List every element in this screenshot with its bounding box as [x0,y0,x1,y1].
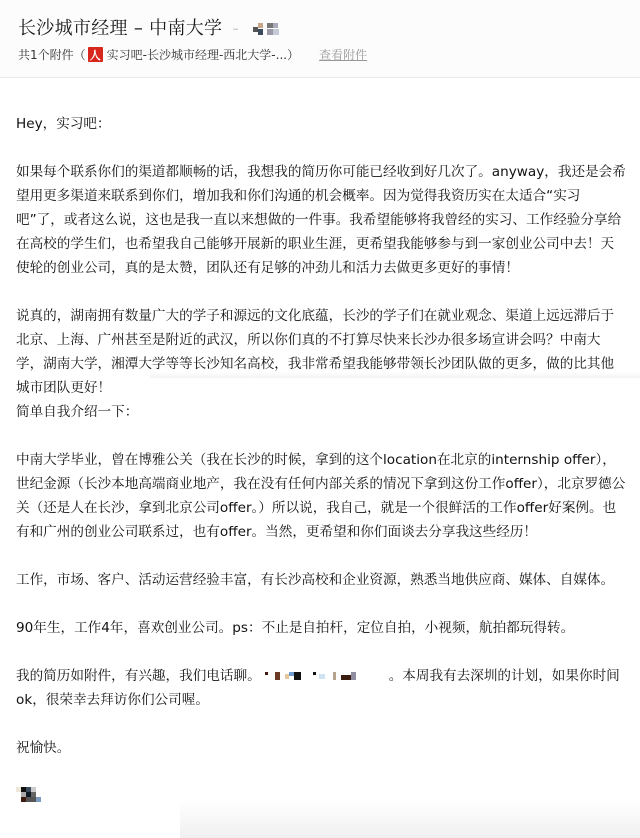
attachment-file-link[interactable]: 实习吧-长沙城市经理-西北大学-...） [107,46,299,63]
closing: 祝愉快。 [16,736,626,760]
email-body: Hey，实习吧： 如果每个联系你们的渠道都顺畅的话，我想我的简历你可能已经收到好… [16,112,626,808]
paragraph-contact: 我的简历如附件，有兴趣，我们电话聊。 。本周我有去深圳的计划，如果你时间ok，很… [16,664,626,712]
attachment-count: 共1个附件（ [18,46,86,63]
greeting: Hey，实习吧： [16,112,626,136]
email-header: 长沙城市经理 – 中南大学 - 共1个附件（ 人 实习吧-长沙城市经理-西北大学… [0,0,640,78]
redacted-phone-number [261,670,389,682]
subject-separator: - [232,18,239,39]
paragraph-self-intro-heading: 简单自我介绍一下： [16,400,626,424]
shadow-bottom [180,800,640,838]
paragraph-personal: 90年生，工作4年，喜欢创业公司。ps：不止是自拍杆，定位自拍，小视频，航拍都玩… [16,616,626,640]
email-subject: 长沙城市经理 – 中南大学 - [18,14,281,40]
view-attachment-link[interactable]: 查看附件 [319,46,367,63]
redacted-sender-image [251,21,281,37]
shadow-divider [150,372,640,378]
paragraph-skills: 工作，市场、客户、活动运营经验丰富，有长沙高校和企业资源，熟悉当地供应商、媒体、… [16,568,626,592]
paragraph-intro: 如果每个联系你们的渠道都顺畅的话，我想我的简历你可能已经收到好几次了。anywa… [16,160,626,280]
redacted-signature [16,787,46,805]
paragraph-experience: 中南大学毕业，曾在博雅公关（我在长沙的时候，拿到的这个location在北京的i… [16,448,626,544]
contact-text: 我的简历如附件，有兴趣，我们电话聊。 [16,668,261,684]
paragraph-changsha: 说真的，湖南拥有数量广大的学子和源远的文化底蕴，长沙的学子们在就业观念、渠道上远… [16,304,626,400]
pdf-icon: 人 [88,47,103,62]
attachment-row: 共1个附件（ 人 实习吧-长沙城市经理-西北大学-...） 查看附件 [18,46,367,63]
subject-text: 长沙城市经理 – 中南大学 [18,18,222,39]
